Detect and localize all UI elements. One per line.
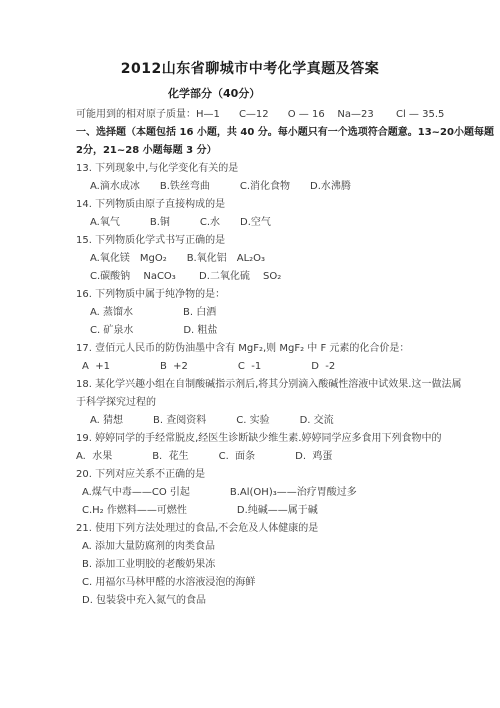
question-16-options-ab: A. 蒸馏水 B. 白酒 — [90, 304, 500, 322]
question-13-stem: 13. 下列现象中,与化学变化有关的是 — [76, 160, 500, 178]
question-20-options-cd: C.H₂ 作燃料——可燃性 D.纯碱——属于碱 — [82, 502, 500, 520]
question-18-options: A. 猜想 B. 查阅资料 C. 实验 D. 交流 — [90, 412, 500, 430]
question-20-options-ab: A.煤气中毒——CO 引起 B.Al(OH)₃——治疗胃酸过多 — [82, 484, 500, 502]
question-17-stem: 17. 壹佰元人民币的防伪油墨中含有 MgF₂,则 MgF₂ 中 F 元素的化合… — [76, 340, 500, 358]
question-17-options: A +1 B +2 C -1 D -2 — [82, 358, 500, 376]
question-14-options: A.氧气 B.铜 C.水 D.空气 — [90, 214, 500, 232]
question-15-options-ab: A.氧化镁 MgO₂ B.氧化铝 AL₂O₃ — [90, 250, 500, 268]
atomic-mass-line: 可能用到的相对原子质量：H—1 C—12 O — 16 Na—23 Cl — 3… — [76, 106, 500, 124]
question-16-stem: 16. 下列物质中属于纯净物的是： — [76, 286, 500, 304]
question-18-stem-line-1: 18. 某化学兴趣小组在自制酸碱指示剂后,将其分别滴入酸碱性溶液中试效果.这一做… — [76, 376, 500, 394]
question-13-options: A.滴水成冰 B.铁丝弯曲 C.消化食物 D.水沸腾 — [90, 178, 500, 196]
question-19-stem: 19. 婷婷同学的手经常脱皮,经医生诊断缺少维生素.婷婷同学应多食用下列食物中的 — [76, 430, 500, 448]
exam-paper-page: 2012山东省聊城市中考化学真题及答案 化学部分（40分） 可能用到的相对原子质… — [0, 0, 500, 708]
question-18-stem-line-2: 于科学探究过程的 — [76, 394, 500, 412]
question-15-options-cd: C.碳酸钠 NaCO₃ D.二氧化硫 SO₂ — [90, 268, 500, 286]
question-20-stem: 20. 下列对应关系不正确的是 — [76, 466, 500, 484]
document-body: 可能用到的相对原子质量：H—1 C—12 O — 16 Na—23 Cl — 3… — [0, 106, 500, 610]
question-14-stem: 14. 下列物质由原子直接构成的是 — [76, 196, 500, 214]
question-21-option-c: C. 用福尔马林甲醛的水溶液浸泡的海鲜 — [82, 574, 500, 592]
page-title: 2012山东省聊城市中考化学真题及答案 — [0, 58, 500, 80]
question-15-stem: 15. 下列物质化学式书写正确的是 — [76, 232, 500, 250]
section-heading-line-1: 一、选择题（本题包括 16 小题，共 40 分。每小题只有一个选项符合题意。13… — [76, 124, 500, 142]
question-16-options-cd: C. 矿泉水 D. 粗盐 — [90, 322, 500, 340]
question-19-options: A. 水果 B. 花生 C. 面条 D. 鸡蛋 — [76, 448, 500, 466]
paper-section-subtitle: 化学部分（40分） — [168, 86, 500, 102]
question-21-option-d: D. 包装袋中充入氮气的食品 — [82, 592, 500, 610]
question-21-stem: 21. 使用下列方法处理过的食品,不会危及人体健康的是 — [76, 520, 500, 538]
section-heading-line-2: 2分，21~28 小题每题 3 分） — [76, 142, 500, 160]
question-21-option-a: A. 添加大量防腐剂的肉类食品 — [82, 538, 500, 556]
question-21-option-b: B. 添加工业明胶的老酸奶果冻 — [82, 556, 500, 574]
